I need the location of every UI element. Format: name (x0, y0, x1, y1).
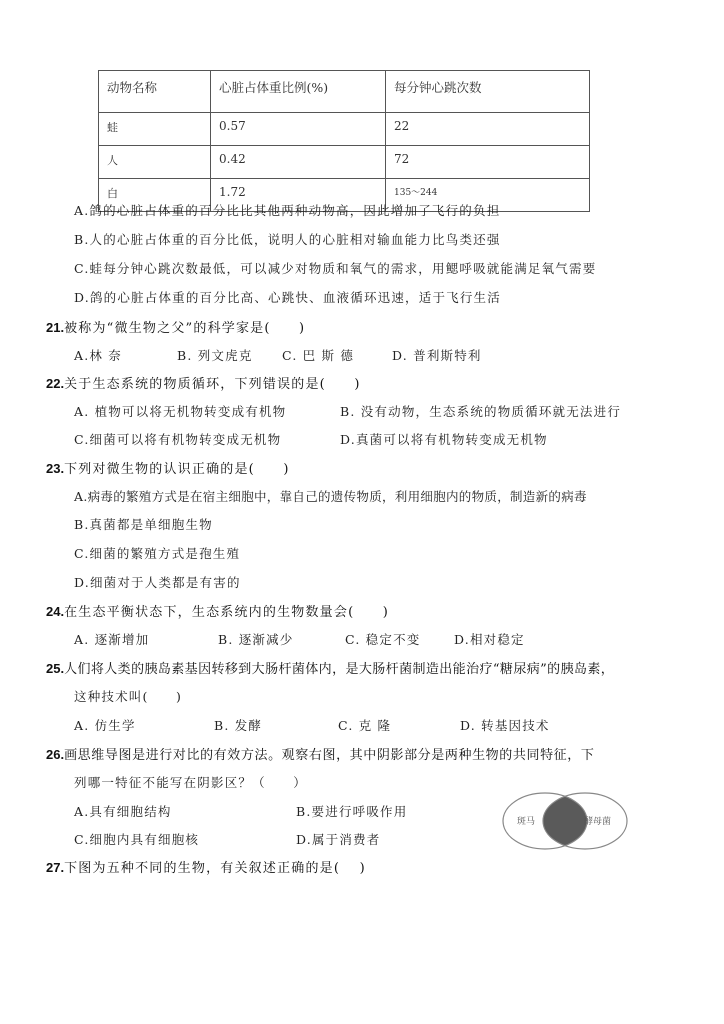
q22-option-b: B. 没有动物，生态系统的物质循环就无法进行 (340, 402, 621, 420)
question-number: 27. (46, 860, 64, 875)
q23-option-d: D.细菌对于人类都是有害的 (74, 573, 241, 591)
q20-option-c: C.蛙每分钟心跳次数最低，可以减少对物质和氧气的需求，用鳃呼吸就能满足氧气需要 (74, 259, 596, 277)
cell-beats: 22 (386, 113, 590, 146)
venn-left-label: 斑马 (517, 814, 535, 827)
q21-option-a: A.林 奈 (74, 346, 122, 364)
question-text: 下图为五种不同的生物，有关叙述正确的是( ) (64, 861, 366, 876)
question-text: 人们将人类的胰岛素基因转移到大肠杆菌体内，是大肠杆菌制造出能治疗“糖尿病”的胰岛… (64, 662, 614, 677)
cell-animal: 人 (99, 146, 211, 179)
q20-option-d: D.鸽的心脏占体重的百分比高、心跳快、血液循环迅速，适于飞行生活 (74, 288, 501, 306)
header-heart-ratio: 心脏占体重比例(%) (211, 71, 386, 113)
q25-option-c: C. 克 隆 (338, 716, 391, 734)
question-25-stem: 25.人们将人类的胰岛素基因转移到大肠杆菌体内，是大肠杆菌制造出能治疗“糖尿病”… (46, 658, 614, 677)
q22-option-a: A. 植物可以将无机物转变成有机物 (74, 402, 286, 420)
question-25-stem-cont: 这种技术叫( ) (74, 687, 182, 705)
q24-option-d: D.相对稳定 (454, 630, 525, 648)
cell-animal: 蛙 (99, 113, 211, 146)
q26-option-d: D.属于消费者 (296, 830, 380, 848)
q25-option-d: D. 转基因技术 (460, 716, 550, 734)
q22-option-c: C.细菌可以将有机物转变成无机物 (74, 430, 281, 448)
q24-option-a: A. 逐渐增加 (74, 630, 149, 648)
table-row: 人 0.42 72 (99, 146, 590, 179)
question-text: 画思维导图是进行对比的有效方法。观察右图，其中阴影部分是两种生物的共同特征，下 (64, 748, 594, 763)
q21-option-c: C. 巴 斯 德 (282, 346, 354, 364)
q25-option-a: A. 仿生学 (74, 716, 136, 734)
question-text: 被称为“微生物之父”的科学家是( ) (64, 321, 305, 336)
question-text: 在生态平衡状态下，生态系统内的生物数量会( ) (64, 605, 389, 620)
table-header-row: 动物名称 心脏占体重比例(%) 每分钟心跳次数 (99, 71, 590, 113)
question-26-stem: 26.画思维导图是进行对比的有效方法。观察右图，其中阴影部分是两种生物的共同特征… (46, 744, 594, 763)
q23-option-a: A.病毒的繁殖方式是在宿主细胞中，靠自己的遗传物质，利用细胞内的物质，制造新的病… (74, 487, 587, 505)
question-number: 25. (46, 661, 64, 676)
exam-page: 动物名称 心脏占体重比例(%) 每分钟心跳次数 蛙 0.57 22 人 0.42… (0, 0, 724, 1024)
q24-option-b: B. 逐渐减少 (218, 630, 294, 648)
question-number: 24. (46, 604, 64, 619)
question-text: 关于生态系统的物质循环，下列错误的是( ) (64, 377, 361, 392)
question-27-stem: 27.下图为五种不同的生物，有关叙述正确的是( ) (46, 857, 366, 876)
q20-option-a: A.鸽的心脏占体重的百分比比其他两种动物高，因此增加了飞行的负担 (74, 201, 500, 219)
question-24-stem: 24.在生态平衡状态下，生态系统内的生物数量会( ) (46, 601, 389, 620)
header-heartbeats: 每分钟心跳次数 (386, 71, 590, 113)
venn-right-label: 酵母菌 (584, 814, 611, 827)
venn-diagram: 斑马 酵母菌 (500, 790, 630, 852)
heart-data-table: 动物名称 心脏占体重比例(%) 每分钟心跳次数 蛙 0.57 22 人 0.42… (98, 70, 590, 212)
q21-option-d: D. 普利斯特利 (392, 346, 482, 364)
question-number: 26. (46, 747, 64, 762)
cell-ratio: 0.42 (211, 146, 386, 179)
q25-option-b: B. 发酵 (214, 716, 262, 734)
question-26-stem-cont: 列哪一特征不能写在阴影区？（ ） (74, 773, 307, 791)
q23-option-c: C.细菌的繁殖方式是孢生殖 (74, 544, 240, 562)
q22-option-d: D.真菌可以将有机物转变成无机物 (340, 430, 548, 448)
header-animal-name: 动物名称 (99, 71, 211, 113)
question-23-stem: 23.下列对微生物的认识正确的是( ) (46, 458, 290, 477)
q23-option-b: B.真菌都是单细胞生物 (74, 515, 213, 533)
question-number: 22. (46, 376, 64, 391)
question-number: 21. (46, 320, 64, 335)
q26-option-b: B.要进行呼吸作用 (296, 802, 407, 820)
cell-beats: 72 (386, 146, 590, 179)
question-text: 下列对微生物的认识正确的是( ) (64, 462, 290, 477)
q26-option-a: A.具有细胞结构 (74, 802, 172, 820)
q26-option-c: C.细胞内具有细胞核 (74, 830, 199, 848)
table-row: 蛙 0.57 22 (99, 113, 590, 146)
cell-ratio: 0.57 (211, 113, 386, 146)
q21-option-b: B. 列文虎克 (177, 346, 253, 364)
question-number: 23. (46, 461, 64, 476)
question-22-stem: 22.关于生态系统的物质循环，下列错误的是( ) (46, 373, 361, 392)
question-21-stem: 21.被称为“微生物之父”的科学家是( ) (46, 317, 305, 336)
q20-option-b: B.人的心脏占体重的百分比低，说明人的心脏相对输血能力比鸟类还强 (74, 230, 501, 248)
q24-option-c: C. 稳定不变 (345, 630, 420, 648)
